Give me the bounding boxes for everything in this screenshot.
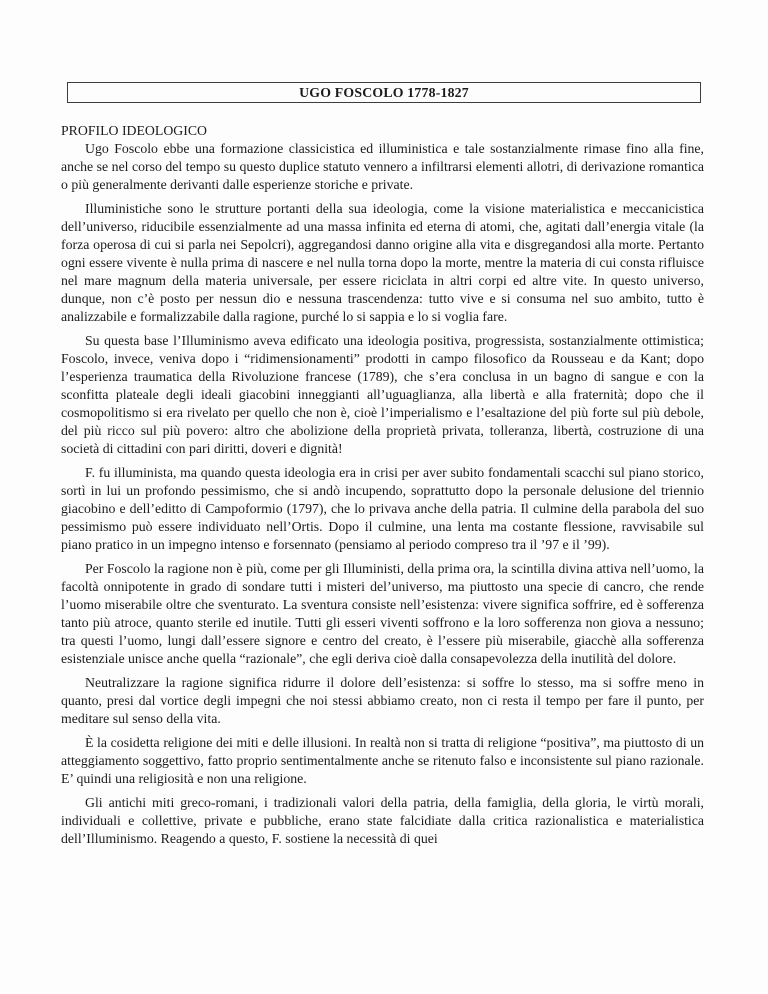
paragraph-illuministiche: Illuministiche sono le strutture portant…: [61, 200, 704, 326]
paragraph-su-questa-base: Su questa base l’Illuminismo aveva edifi…: [61, 332, 704, 458]
paragraph-per-foscolo-la-ragione: Per Foscolo la ragione non è più, come p…: [61, 560, 704, 668]
title-box: UGO FOSCOLO 1778-1827: [67, 82, 701, 103]
paragraph-neutralizzare-la-ragione: Neutralizzare la ragione significa ridur…: [61, 674, 704, 728]
paragraph-antichi-miti: Gli antichi miti greco-romani, i tradizi…: [61, 794, 704, 848]
document-title: UGO FOSCOLO 1778-1827: [299, 85, 469, 101]
paragraph-f-fu-illuminista: F. fu illuminista, ma quando questa ideo…: [61, 464, 704, 554]
paragraph-religione-dei-miti: È la cosidetta religione dei miti e dell…: [61, 734, 704, 788]
paragraph-formazione: Ugo Foscolo ebbe una formazione classici…: [61, 140, 704, 194]
document-page: UGO FOSCOLO 1778-1827 PROFILO IDEOLOGICO…: [0, 0, 768, 994]
section-heading: PROFILO IDEOLOGICO: [61, 122, 704, 140]
